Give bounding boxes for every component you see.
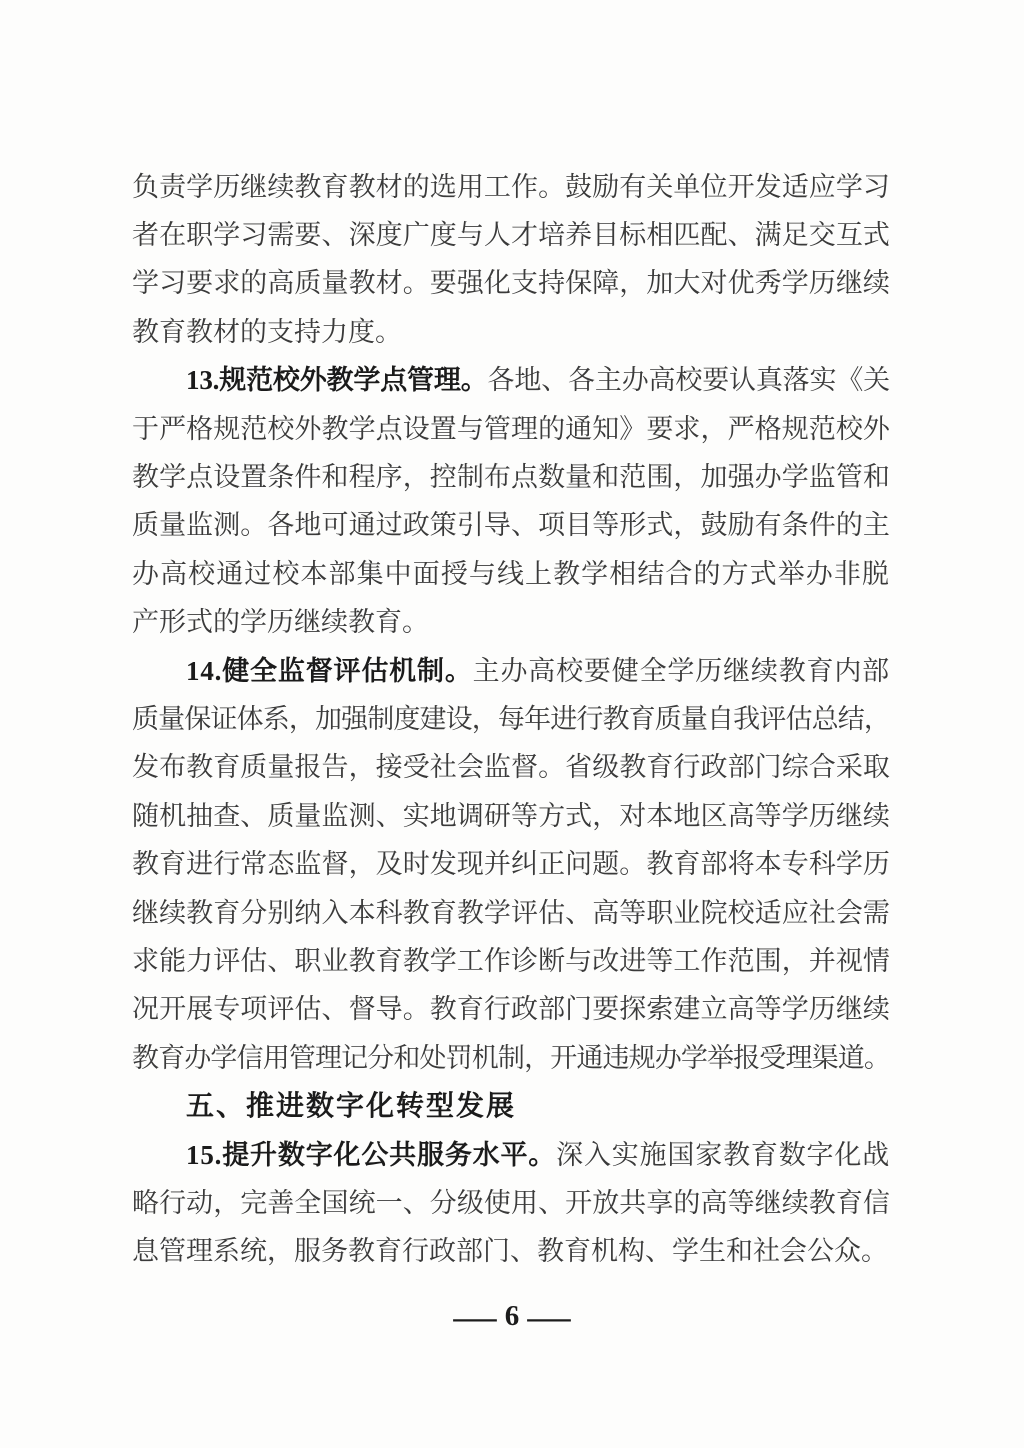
text-segment: 者在职学习需要、深度广度与人才培养目标相匹配、满足交互式 [132,220,890,250]
text-segment: 略行动，完善全国统一、分级使用、开放共享的高等继续教育信 [132,1188,890,1218]
text-block: 负责学历继续教育教材的选用工作。鼓励有关单位开发适应学习者在职学习需要、深度广度… [132,160,890,1273]
text-line: 产形式的学历继续教育。 [132,596,890,644]
page-footer: —6— [0,1300,1024,1333]
text-line-content: 学习要求的高质量教材。要强化支持保障，加大对优秀学历继续 [132,261,890,300]
text-line-content: 于严格规范校外教学点设置与管理的通知》要求，严格规范校外 [132,407,890,446]
text-segment: 息管理系统，服务教育行政部门、教育机构、学生和社会公众。 [132,1236,888,1266]
text-segment: 主办高校要健全学历继续教育内部 [473,656,890,686]
text-line-content: 况开展专项评估、督导。教育行政部门要探索建立高等学历继续 [132,987,890,1026]
text-line: 略行动，完善全国统一、分级使用、开放共享的高等继续教育信 [132,1176,890,1224]
text-segment: 求能力评估、职业教育教学工作诊断与改进等工作范围，并视情 [132,946,890,976]
text-segment: 教育进行常态监督，及时发现并纠正问题。教育部将本专科学历 [132,849,890,879]
text-line: 继续教育分别纳入本科教育教学评估、高等职业院校适应社会需 [132,886,890,934]
text-segment: 教育教材的支持力度。 [132,317,402,347]
text-line-content: 14.健全监督评估机制。主办高校要健全学历继续教育内部 [186,649,890,688]
text-line-content: 办高校通过校本部集中面授与线上教学相结合的方式举办非脱 [132,552,890,591]
text-line: 况开展专项评估、督导。教育行政部门要探索建立高等学历继续 [132,983,890,1031]
section-heading: 五、推进数字化转型发展 [132,1079,890,1127]
paragraph: 负责学历继续教育教材的选用工作。鼓励有关单位开发适应学习者在职学习需要、深度广度… [132,160,890,354]
text-line-content: 质量监测。各地可通过政策引导、项目等形式，鼓励有条件的主 [132,503,890,542]
footer-dash-left: — [453,1301,496,1333]
paragraph: 13.规范校外教学点管理。各地、各主办高校要认真落实《关于严格规范校外教学点设置… [132,354,890,644]
text-segment: 随机抽查、质量监测、实地调研等方式，对本地区高等学历继续 [132,801,890,831]
paragraph: 14.健全监督评估机制。主办高校要健全学历继续教育内部质量保证体系，加强制度建设… [132,644,890,1080]
text-line-content: 教学点设置条件和程序，控制布点数量和范围，加强办学监管和 [132,455,890,494]
footer-dash-right: — [528,1301,571,1333]
text-segment: 深入实施国家教育数字化战 [556,1140,890,1170]
text-line: 负责学历继续教育教材的选用工作。鼓励有关单位开发适应学习 [132,160,890,208]
text-segment: 各地、各主办高校要认真落实《关 [488,365,890,395]
text-line-content: 13.规范校外教学点管理。各地、各主办高校要认真落实《关 [186,358,890,397]
text-line-content: 随机抽查、质量监测、实地调研等方式，对本地区高等学历继续 [132,794,890,833]
text-segment: 教育办学信用管理记分和处罚机制，开通违规办学举报受理渠道。 [132,1043,890,1073]
text-line: 发布教育质量报告，接受社会监督。省级教育行政部门综合采取 [132,741,890,789]
text-segment: 于严格规范校外教学点设置与管理的通知》要求，严格规范校外 [132,414,890,444]
paragraph: 15.提升数字化公共服务水平。深入实施国家教育数字化战略行动，完善全国统一、分级… [132,1128,890,1273]
text-line-content: 教育教材的支持力度。 [132,310,402,349]
page-number: 6 [505,1300,520,1333]
text-line-content: 质量保证体系，加强制度建设，每年进行教育质量自我评估总结， [132,697,890,736]
text-line: 随机抽查、质量监测、实地调研等方式，对本地区高等学历继续 [132,789,890,837]
text-line-content: 者在职学习需要、深度广度与人才培养目标相匹配、满足交互式 [132,213,890,252]
text-segment: 产形式的学历继续教育。 [132,607,429,637]
text-segment: 办高校通过校本部集中面授与线上教学相结合的方式举办非脱 [132,559,890,589]
text-line: 15.提升数字化公共服务水平。深入实施国家教育数字化战 [132,1128,890,1176]
text-line: 教育教材的支持力度。 [132,305,890,353]
text-line: 质量保证体系，加强制度建设，每年进行教育质量自我评估总结， [132,692,890,740]
text-segment: 质量保证体系，加强制度建设，每年进行教育质量自我评估总结， [132,704,890,734]
text-segment: 发布教育质量报告，接受社会监督。省级教育行政部门综合采取 [132,752,890,782]
text-segment: 教学点设置条件和程序，控制布点数量和范围，加强办学监管和 [132,462,890,492]
text-line-content: 教育进行常态监督，及时发现并纠正问题。教育部将本专科学历 [132,842,890,881]
text-segment: 质量监测。各地可通过政策引导、项目等形式，鼓励有条件的主 [132,510,890,540]
text-line: 息管理系统，服务教育行政部门、教育机构、学生和社会公众。 [132,1225,890,1273]
text-line-content: 负责学历继续教育教材的选用工作。鼓励有关单位开发适应学习 [132,165,890,204]
text-line: 教育办学信用管理记分和处罚机制，开通违规办学举报受理渠道。 [132,1031,890,1079]
text-line: 质量监测。各地可通过政策引导、项目等形式，鼓励有条件的主 [132,499,890,547]
item-lead: 15.提升数字化公共服务水平。 [186,1140,556,1170]
text-line: 13.规范校外教学点管理。各地、各主办高校要认真落实《关 [132,354,890,402]
item-lead: 五、推进数字化转型发展 [186,1090,516,1121]
text-line: 学习要求的高质量教材。要强化支持保障，加大对优秀学历继续 [132,257,890,305]
text-segment: 况开展专项评估、督导。教育行政部门要探索建立高等学历继续 [132,994,890,1024]
text-line: 14.健全监督评估机制。主办高校要健全学历继续教育内部 [132,644,890,692]
text-segment: 负责学历继续教育教材的选用工作。鼓励有关单位开发适应学习 [132,172,890,202]
text-line-content: 继续教育分别纳入本科教育教学评估、高等职业院校适应社会需 [132,891,890,930]
text-line: 办高校通过校本部集中面授与线上教学相结合的方式举办非脱 [132,547,890,595]
text-line: 教学点设置条件和程序，控制布点数量和范围，加强办学监管和 [132,450,890,498]
text-line: 五、推进数字化转型发展 [132,1079,890,1127]
text-line-content: 发布教育质量报告，接受社会监督。省级教育行政部门综合采取 [132,745,890,784]
item-lead: 14.健全监督评估机制。 [186,656,473,686]
text-segment: 继续教育分别纳入本科教育教学评估、高等职业院校适应社会需 [132,898,890,928]
text-line-content: 教育办学信用管理记分和处罚机制，开通违规办学举报受理渠道。 [132,1036,890,1075]
text-segment: 学习要求的高质量教材。要强化支持保障，加大对优秀学历继续 [132,268,890,298]
text-line: 于严格规范校外教学点设置与管理的通知》要求，严格规范校外 [132,402,890,450]
text-line-content: 15.提升数字化公共服务水平。深入实施国家教育数字化战 [186,1133,890,1172]
item-lead: 13.规范校外教学点管理。 [186,365,488,395]
text-line: 求能力评估、职业教育教学工作诊断与改进等工作范围，并视情 [132,934,890,982]
text-line-content: 略行动，完善全国统一、分级使用、开放共享的高等继续教育信 [132,1181,890,1220]
text-line: 教育进行常态监督，及时发现并纠正问题。教育部将本专科学历 [132,837,890,885]
text-line-content: 产形式的学历继续教育。 [132,600,429,639]
text-line-content: 五、推进数字化转型发展 [186,1084,516,1124]
text-line-content: 求能力评估、职业教育教学工作诊断与改进等工作范围，并视情 [132,939,890,978]
document-page: 负责学历继续教育教材的选用工作。鼓励有关单位开发适应学习者在职学习需要、深度广度… [0,0,1024,1448]
text-line: 者在职学习需要、深度广度与人才培养目标相匹配、满足交互式 [132,208,890,256]
text-line-content: 息管理系统，服务教育行政部门、教育机构、学生和社会公众。 [132,1229,888,1268]
